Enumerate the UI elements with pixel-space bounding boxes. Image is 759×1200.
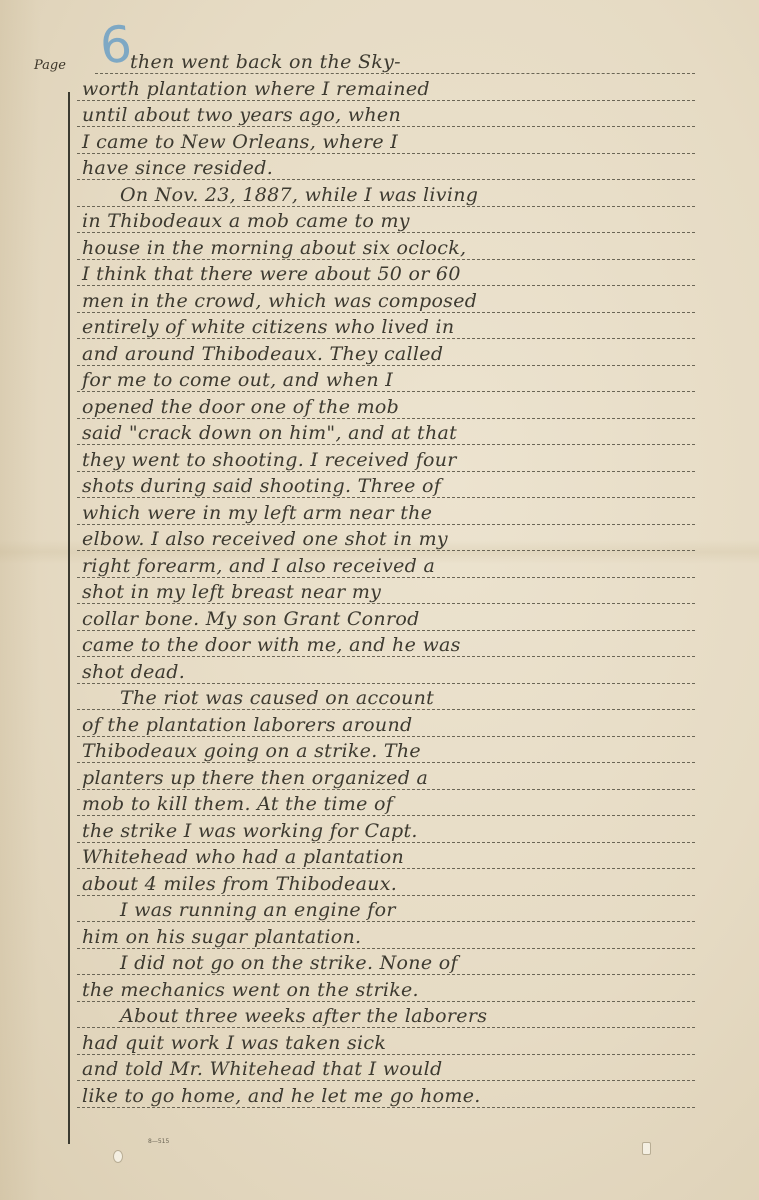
ruled-line xyxy=(77,179,695,180)
ruled-line xyxy=(77,444,695,445)
handwritten-line: in Thibodeaux a mob came to my xyxy=(82,210,722,232)
ruled-line xyxy=(77,391,695,392)
handwritten-line: On Nov. 23, 1887, while I was living xyxy=(120,184,759,206)
ruled-line xyxy=(77,709,695,710)
handwritten-line: then went back on the Sky- xyxy=(130,51,759,73)
ruled-line xyxy=(77,232,695,233)
ruled-line xyxy=(77,948,695,949)
page-number: 6 xyxy=(98,19,133,71)
handwritten-line: elbow. I also received one shot in my xyxy=(82,528,722,550)
ruled-line xyxy=(77,365,695,366)
handwritten-line: had quit work I was taken sick xyxy=(82,1032,722,1054)
handwritten-line: Whitehead who had a plantation xyxy=(82,846,722,868)
handwritten-line: of the plantation laborers around xyxy=(82,714,722,736)
handwritten-line: about 4 miles from Thibodeaux. xyxy=(82,873,722,895)
handwritten-line: mob to kill them. At the time of xyxy=(82,793,722,815)
handwritten-line: house in the morning about six oclock, xyxy=(82,237,722,259)
ruled-line xyxy=(77,895,695,896)
handwritten-line: said "crack down on him", and at that xyxy=(82,422,722,444)
handwritten-line: About three weeks after the laborers xyxy=(120,1005,759,1027)
ruled-line xyxy=(77,1027,695,1028)
ruled-line xyxy=(77,683,695,684)
handwritten-line: I did not go on the strike. None of xyxy=(120,952,759,974)
document-page: Page 6 then went back on the Sky-worth p… xyxy=(0,0,759,1200)
handwritten-line: shot in my left breast near my xyxy=(82,581,722,603)
handwritten-line: came to the door with me, and he was xyxy=(82,634,722,656)
handwritten-line: worth plantation where I remained xyxy=(82,78,722,100)
handwritten-line: they went to shooting. I received four xyxy=(82,449,722,471)
form-number: 8—515 xyxy=(148,1138,169,1145)
ruled-line xyxy=(77,312,695,313)
ruled-line xyxy=(77,656,695,657)
punch-hole-left xyxy=(113,1150,123,1163)
ruled-line xyxy=(77,126,695,127)
ruled-line xyxy=(77,418,695,419)
ruled-line xyxy=(77,1001,695,1002)
handwritten-line: the mechanics went on the strike. xyxy=(82,979,722,1001)
handwritten-line: entirely of white citizens who lived in xyxy=(82,316,722,338)
ruled-line xyxy=(95,73,695,74)
handwritten-line: shot dead. xyxy=(82,661,722,683)
handwritten-line: I came to New Orleans, where I xyxy=(82,131,722,153)
handwritten-line: which were in my left arm near the xyxy=(82,502,722,524)
left-margin-rule xyxy=(68,92,70,1144)
ruled-line xyxy=(77,630,695,631)
ruled-line xyxy=(77,974,695,975)
handwritten-line: planters up there then organized a xyxy=(82,767,722,789)
handwritten-line: and told Mr. Whitehead that I would xyxy=(82,1058,722,1080)
handwritten-line: The riot was caused on account xyxy=(120,687,759,709)
handwritten-line: the strike I was working for Capt. xyxy=(82,820,722,842)
ruled-line xyxy=(77,815,695,816)
handwritten-line: and around Thibodeaux. They called xyxy=(82,343,722,365)
handwritten-line: shots during said shooting. Three of xyxy=(82,475,722,497)
handwritten-line: Thibodeaux going on a strike. The xyxy=(82,740,722,762)
ruled-line xyxy=(77,1107,695,1108)
ruled-line xyxy=(77,471,695,472)
handwritten-line: have since resided. xyxy=(82,157,722,179)
ruled-line xyxy=(77,762,695,763)
handwritten-line: right forearm, and I also received a xyxy=(82,555,722,577)
ruled-line xyxy=(77,603,695,604)
ruled-line xyxy=(77,524,695,525)
handwritten-line: until about two years ago, when xyxy=(82,104,722,126)
handwritten-line: men in the crowd, which was composed xyxy=(82,290,722,312)
ruled-line xyxy=(77,497,695,498)
ruled-line xyxy=(77,285,695,286)
ruled-line xyxy=(77,153,695,154)
handwritten-line: him on his sugar plantation. xyxy=(82,926,722,948)
ruled-line xyxy=(77,1054,695,1055)
ruled-line xyxy=(77,921,695,922)
ruled-line xyxy=(77,550,695,551)
ruled-line xyxy=(77,259,695,260)
handwritten-line: for me to come out, and when I xyxy=(82,369,722,391)
page-label: Page xyxy=(34,58,66,73)
ruled-line xyxy=(77,789,695,790)
ruled-line xyxy=(77,868,695,869)
handwritten-line: collar bone. My son Grant Conrod xyxy=(82,608,722,630)
handwritten-line: I think that there were about 50 or 60 xyxy=(82,263,722,285)
ruled-line xyxy=(77,736,695,737)
handwritten-line: I was running an engine for xyxy=(120,899,759,921)
ruled-line xyxy=(77,842,695,843)
handwritten-line: like to go home, and he let me go home. xyxy=(82,1085,722,1107)
ruled-line xyxy=(77,206,695,207)
ruled-line xyxy=(77,1080,695,1081)
ruled-line xyxy=(77,338,695,339)
ruled-line xyxy=(77,100,695,101)
handwritten-line: opened the door one of the mob xyxy=(82,396,722,418)
punch-hole-right xyxy=(642,1142,651,1155)
ruled-line xyxy=(77,577,695,578)
